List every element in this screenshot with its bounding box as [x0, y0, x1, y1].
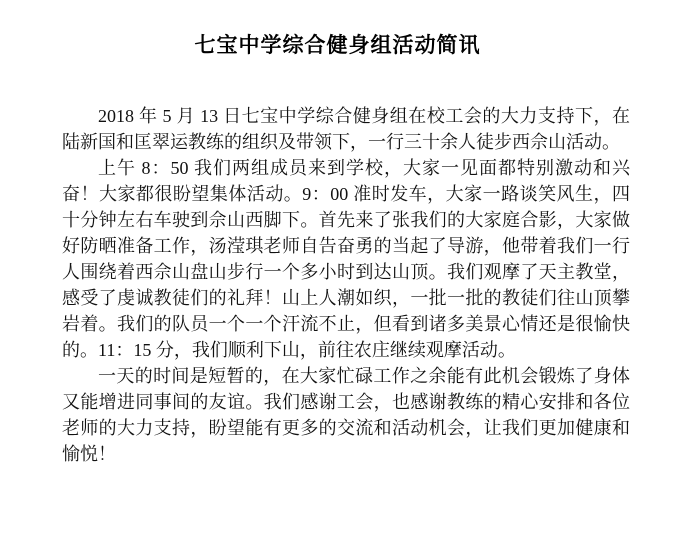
paragraph-intro: 2018 年 5 月 13 日七宝中学综合健身组在校工会的大力支持下，在陆新国和… [62, 103, 630, 155]
document-body: 2018 年 5 月 13 日七宝中学综合健身组在校工会的大力支持下，在陆新国和… [62, 103, 630, 467]
document-title: 七宝中学综合健身组活动简讯 [0, 0, 675, 57]
document-page: 七宝中学综合健身组活动简讯 2018 年 5 月 13 日七宝中学综合健身组在校… [0, 0, 675, 549]
paragraph-closing: 一天的时间是短暂的，在大家忙碌工作之余能有此机会锻炼了身体又能增进同事间的友谊。… [62, 363, 630, 467]
paragraph-activity-details: 上午 8：50 我们两组成员来到学校，大家一见面都特别激动和兴奋！大家都很盼望集… [62, 155, 630, 363]
